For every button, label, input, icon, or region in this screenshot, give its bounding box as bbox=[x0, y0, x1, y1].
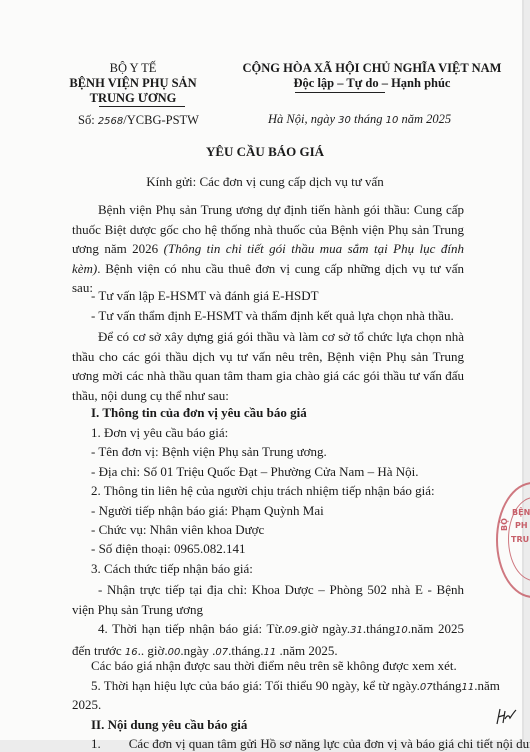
section2-item1: 1.Các đơn vị quan tâm gửi Hồ sơ năng lực… bbox=[91, 736, 530, 749]
late-quote-note: Các báo giá nhận được sau thời điểm nêu … bbox=[91, 658, 457, 674]
intro-paragraph: Bệnh viện Phụ sản Trung ương dự định tiế… bbox=[72, 200, 464, 298]
section1-item1: 1. Đơn vị yêu cầu báo giá: bbox=[91, 425, 228, 441]
unit-address: - Địa chỉ: Số 01 Triệu Quốc Đạt – Phường… bbox=[91, 464, 419, 480]
unit-name: - Tên đơn vị: Bệnh viện Phụ sản Trung ươ… bbox=[91, 444, 327, 460]
document-date: Hà Nội, ngày 30 tháng 10 năm 2025 bbox=[268, 112, 451, 127]
receiver-position: - Chức vụ: Nhân viên khoa Dược bbox=[91, 522, 264, 538]
header-left-underline bbox=[99, 106, 185, 107]
service-item: - Tư vấn thẩm định E-HSMT và thẩm định k… bbox=[91, 308, 454, 324]
section1-item5-year: 2025. bbox=[72, 697, 101, 713]
section1-item5: 5. Thời hạn hiệu lực của báo giá: Tối th… bbox=[91, 678, 500, 694]
section1-item3: 3. Cách thức tiếp nhận báo giá: bbox=[91, 561, 253, 577]
national-motto: Độc lập – Tự do – Hạnh phúc bbox=[222, 76, 522, 91]
hospital-name-line1: BỆNH VIỆN PHỤ SẢN bbox=[58, 76, 208, 91]
handwritten-day: 30 bbox=[338, 115, 351, 126]
receiver-phone: - Số điện thoại: 0965.082.141 bbox=[91, 541, 246, 557]
document-page: BỘ Y TẾ BỆNH VIỆN PHỤ SẢN TRUNG ƯƠNG Số:… bbox=[0, 0, 524, 740]
hospital-name-line2: TRUNG ƯƠNG bbox=[58, 91, 208, 106]
section1-item4: 4. Thời hạn tiếp nhận báo giá: Từ.09.giờ… bbox=[72, 619, 464, 662]
recipient-line: Kính gửi: Các đơn vị cung cấp dịch vụ tư… bbox=[0, 174, 530, 190]
receiver-name: - Người tiếp nhận báo giá: Phạm Quỳnh Ma… bbox=[91, 503, 324, 519]
service-item: - Tư vấn lập E-HSMT và đánh giá E-HSDT bbox=[91, 288, 319, 304]
handwritten-month: 10 bbox=[386, 115, 399, 126]
receive-method: - Nhận trực tiếp tại địa chỉ: Khoa Dược … bbox=[72, 580, 464, 619]
country-name: CỘNG HÒA XÃ HỘI CHỦ NGHĨA VIỆT NAM bbox=[222, 61, 522, 76]
handwritten-number: 2568 bbox=[98, 116, 123, 127]
signature-initials-icon bbox=[494, 703, 518, 727]
section2-heading: II. Nội dung yêu cầu báo giá bbox=[91, 717, 247, 733]
document-title: YÊU CẦU BÁO GIÁ bbox=[0, 144, 530, 160]
ministry-name: BỘ Y TẾ bbox=[58, 61, 208, 76]
purpose-paragraph: Để có cơ sở xây dựng giá gói thầu và làm… bbox=[72, 327, 464, 405]
document-number: Số: 2568/YCBG-PSTW bbox=[78, 113, 199, 128]
section1-heading: I. Thông tin của đơn vị yêu cầu báo giá bbox=[91, 405, 307, 421]
header-right-underline bbox=[295, 92, 385, 93]
section1-item2: 2. Thông tin liên hệ của người chịu trác… bbox=[91, 483, 435, 499]
